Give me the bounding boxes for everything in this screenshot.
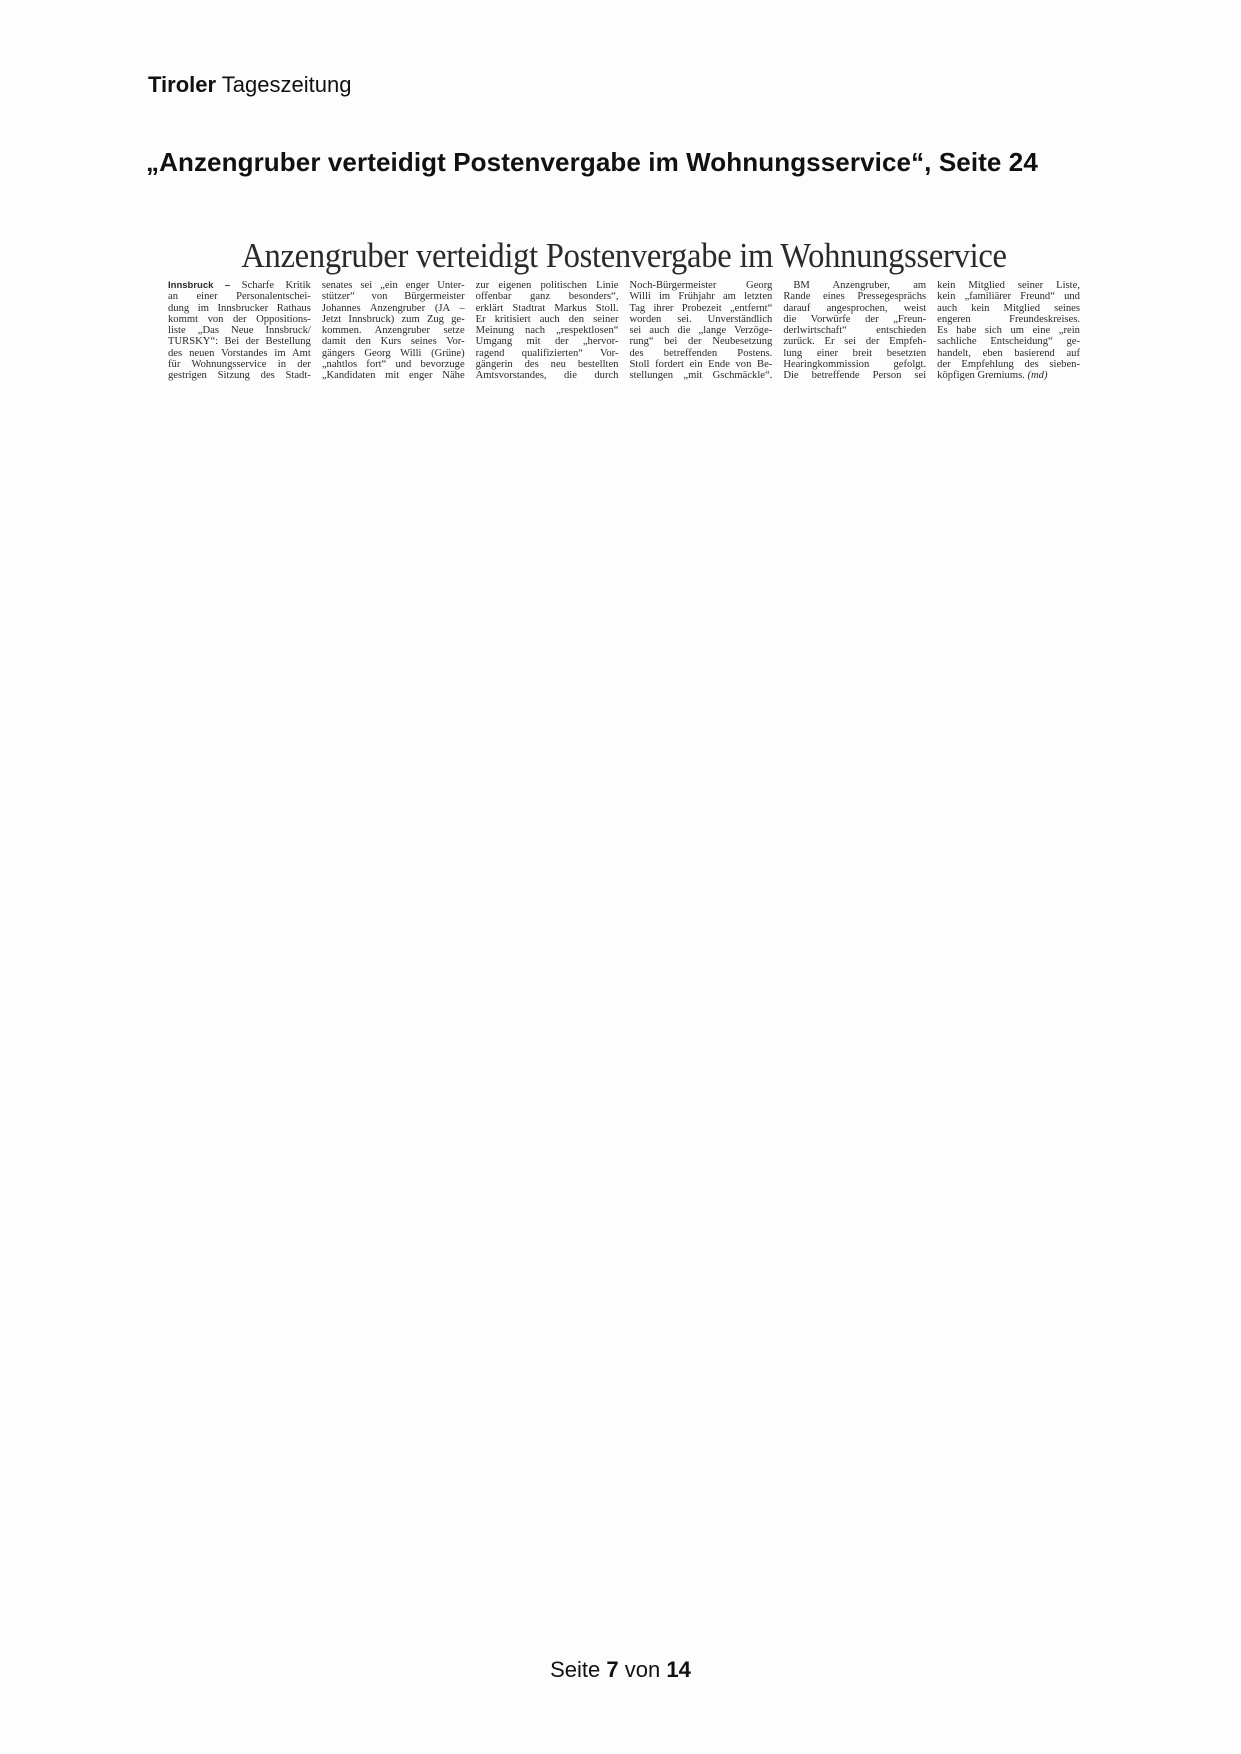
article-line: liste „Das Neue Innsbruck/ <box>168 325 311 336</box>
newspaper-clipping: Anzengruber verteidigt Postenvergabe im … <box>168 236 1080 382</box>
author-initials: (md) <box>1028 370 1048 381</box>
article-line: Willi im Frühjahr am letzten <box>629 291 772 302</box>
article-line: zur eigenen politischen Linie <box>476 280 619 291</box>
article-line: handelt, eben basierend auf <box>937 348 1080 359</box>
article-line: Umgang mit der „hervor- <box>476 336 619 347</box>
article-line: engeren Freundeskreises. <box>937 314 1080 325</box>
publication-name: Tiroler Tageszeitung <box>148 72 351 98</box>
article-line: lung einer breit besetzten <box>783 348 926 359</box>
article-line: auch kein Mitglied seines <box>937 303 1080 314</box>
article-line: damit den Kurs seines Vor- <box>322 336 465 347</box>
article-line: Es habe sich um eine „rein <box>937 325 1080 336</box>
article-line: köpfigen Gremiums. (md) <box>937 370 1080 381</box>
article-line: Meinung nach „respektlosen“ <box>476 325 619 336</box>
article-line: stellungen „mit Gschmäckle“. <box>629 370 772 381</box>
article-line: kommen. Anzengruber setze <box>322 325 465 336</box>
article-line: senates sei „ein enger Unter- <box>322 280 465 291</box>
article-column-1: Innsbruck – Scharfe Kritik an einer Pers… <box>168 280 311 382</box>
article-line: darauf angesprochen, weist <box>783 303 926 314</box>
current-page: 7 <box>606 1657 618 1682</box>
clipping-headline: Anzengruber verteidigt Postenvergabe im … <box>200 236 1048 276</box>
article-line: derlwirtschaft“ entschieden <box>783 325 926 336</box>
publication-name-rest: Tageszeitung <box>222 72 352 97</box>
article-line: gängerin des neu bestellten <box>476 359 619 370</box>
article-line: erklärt Stadtrat Markus Stoll. <box>476 303 619 314</box>
article-column-2: senates sei „ein enger Unter- stützer“ v… <box>322 280 465 382</box>
article-line: stützer“ von Bürgermeister <box>322 291 465 302</box>
article-line: zurück. Er sei der Empfeh- <box>783 336 926 347</box>
article-line: Noch-Bürgermeister Georg <box>629 280 772 291</box>
article-line: kein „familiärer Freund“ und <box>937 291 1080 302</box>
article-line: Rande eines Pressegesprächs <box>783 291 926 302</box>
page-number: Seite 7 von 14 <box>0 1657 1241 1683</box>
article-line: „nahtlos fort“ und bevorzuge <box>322 359 465 370</box>
article-line: TURSKY“: Bei der Bestellung <box>168 336 311 347</box>
article-line: sachliche Entscheidung“ ge- <box>937 336 1080 347</box>
article-line: kein Mitglied seiner Liste, <box>937 280 1080 291</box>
article-line: Tag ihrer Probezeit „entfernt“ <box>629 303 772 314</box>
article-line: rung“ bei der Neubesetzung <box>629 336 772 347</box>
article-line: des betreffenden Postens. <box>629 348 772 359</box>
article-line: Hearingkommission gefolgt. <box>783 359 926 370</box>
article-line: offenbar ganz besonders“, <box>476 291 619 302</box>
article-line: Die betreffende Person sei <box>783 370 926 381</box>
article-line: an einer Personalentschei- <box>168 291 311 302</box>
document-title: „Anzengruber verteidigt Postenvergabe im… <box>146 147 1038 178</box>
article-line: Amtsvorstandes, die durch <box>476 370 619 381</box>
article-line: worden sei. Unverständlich <box>629 314 772 325</box>
article-line: Jetzt Innsbruck) zum Zug ge- <box>322 314 465 325</box>
article-line: Er kritisiert auch den seiner <box>476 314 619 325</box>
article-line: für Wohnungsservice in der <box>168 359 311 370</box>
article-line: Johannes Anzengruber (JA – <box>322 303 465 314</box>
article-line: dung im Innsbrucker Rathaus <box>168 303 311 314</box>
article-line: ragend qualifizierten“ Vor- <box>476 348 619 359</box>
article-line: des neuen Vorstandes im Amt <box>168 348 311 359</box>
publication-name-bold: Tiroler <box>148 72 216 97</box>
article-line: gängers Georg Willi (Grüne) <box>322 348 465 359</box>
article-column-6: kein Mitglied seiner Liste, kein „famili… <box>937 280 1080 382</box>
article-line: die Vorwürfe der „Freun- <box>783 314 926 325</box>
article-line: sei auch die „lange Verzöge- <box>629 325 772 336</box>
total-pages: 14 <box>666 1657 690 1682</box>
article-line: „Kandidaten mit enger Nähe <box>322 370 465 381</box>
article-line: der Empfehlung des sieben- <box>937 359 1080 370</box>
article-column-3: zur eigenen politischen Linie offenbar g… <box>476 280 619 382</box>
article-line: gestrigen Sitzung des Stadt- <box>168 370 311 381</box>
article-line: BM Anzengruber, am <box>783 280 926 291</box>
article-column-4: Noch-Bürgermeister Georg Willi im Frühja… <box>629 280 772 382</box>
article-column-5: BM Anzengruber, am Rande eines Presseges… <box>783 280 926 382</box>
article-line: Innsbruck – Scharfe Kritik <box>168 280 311 291</box>
article-columns: Innsbruck – Scharfe Kritik an einer Pers… <box>168 280 1080 382</box>
article-line: Stoll fordert ein Ende von Be- <box>629 359 772 370</box>
dateline: Innsbruck – <box>168 280 230 291</box>
article-line: kommt von der Oppositions- <box>168 314 311 325</box>
